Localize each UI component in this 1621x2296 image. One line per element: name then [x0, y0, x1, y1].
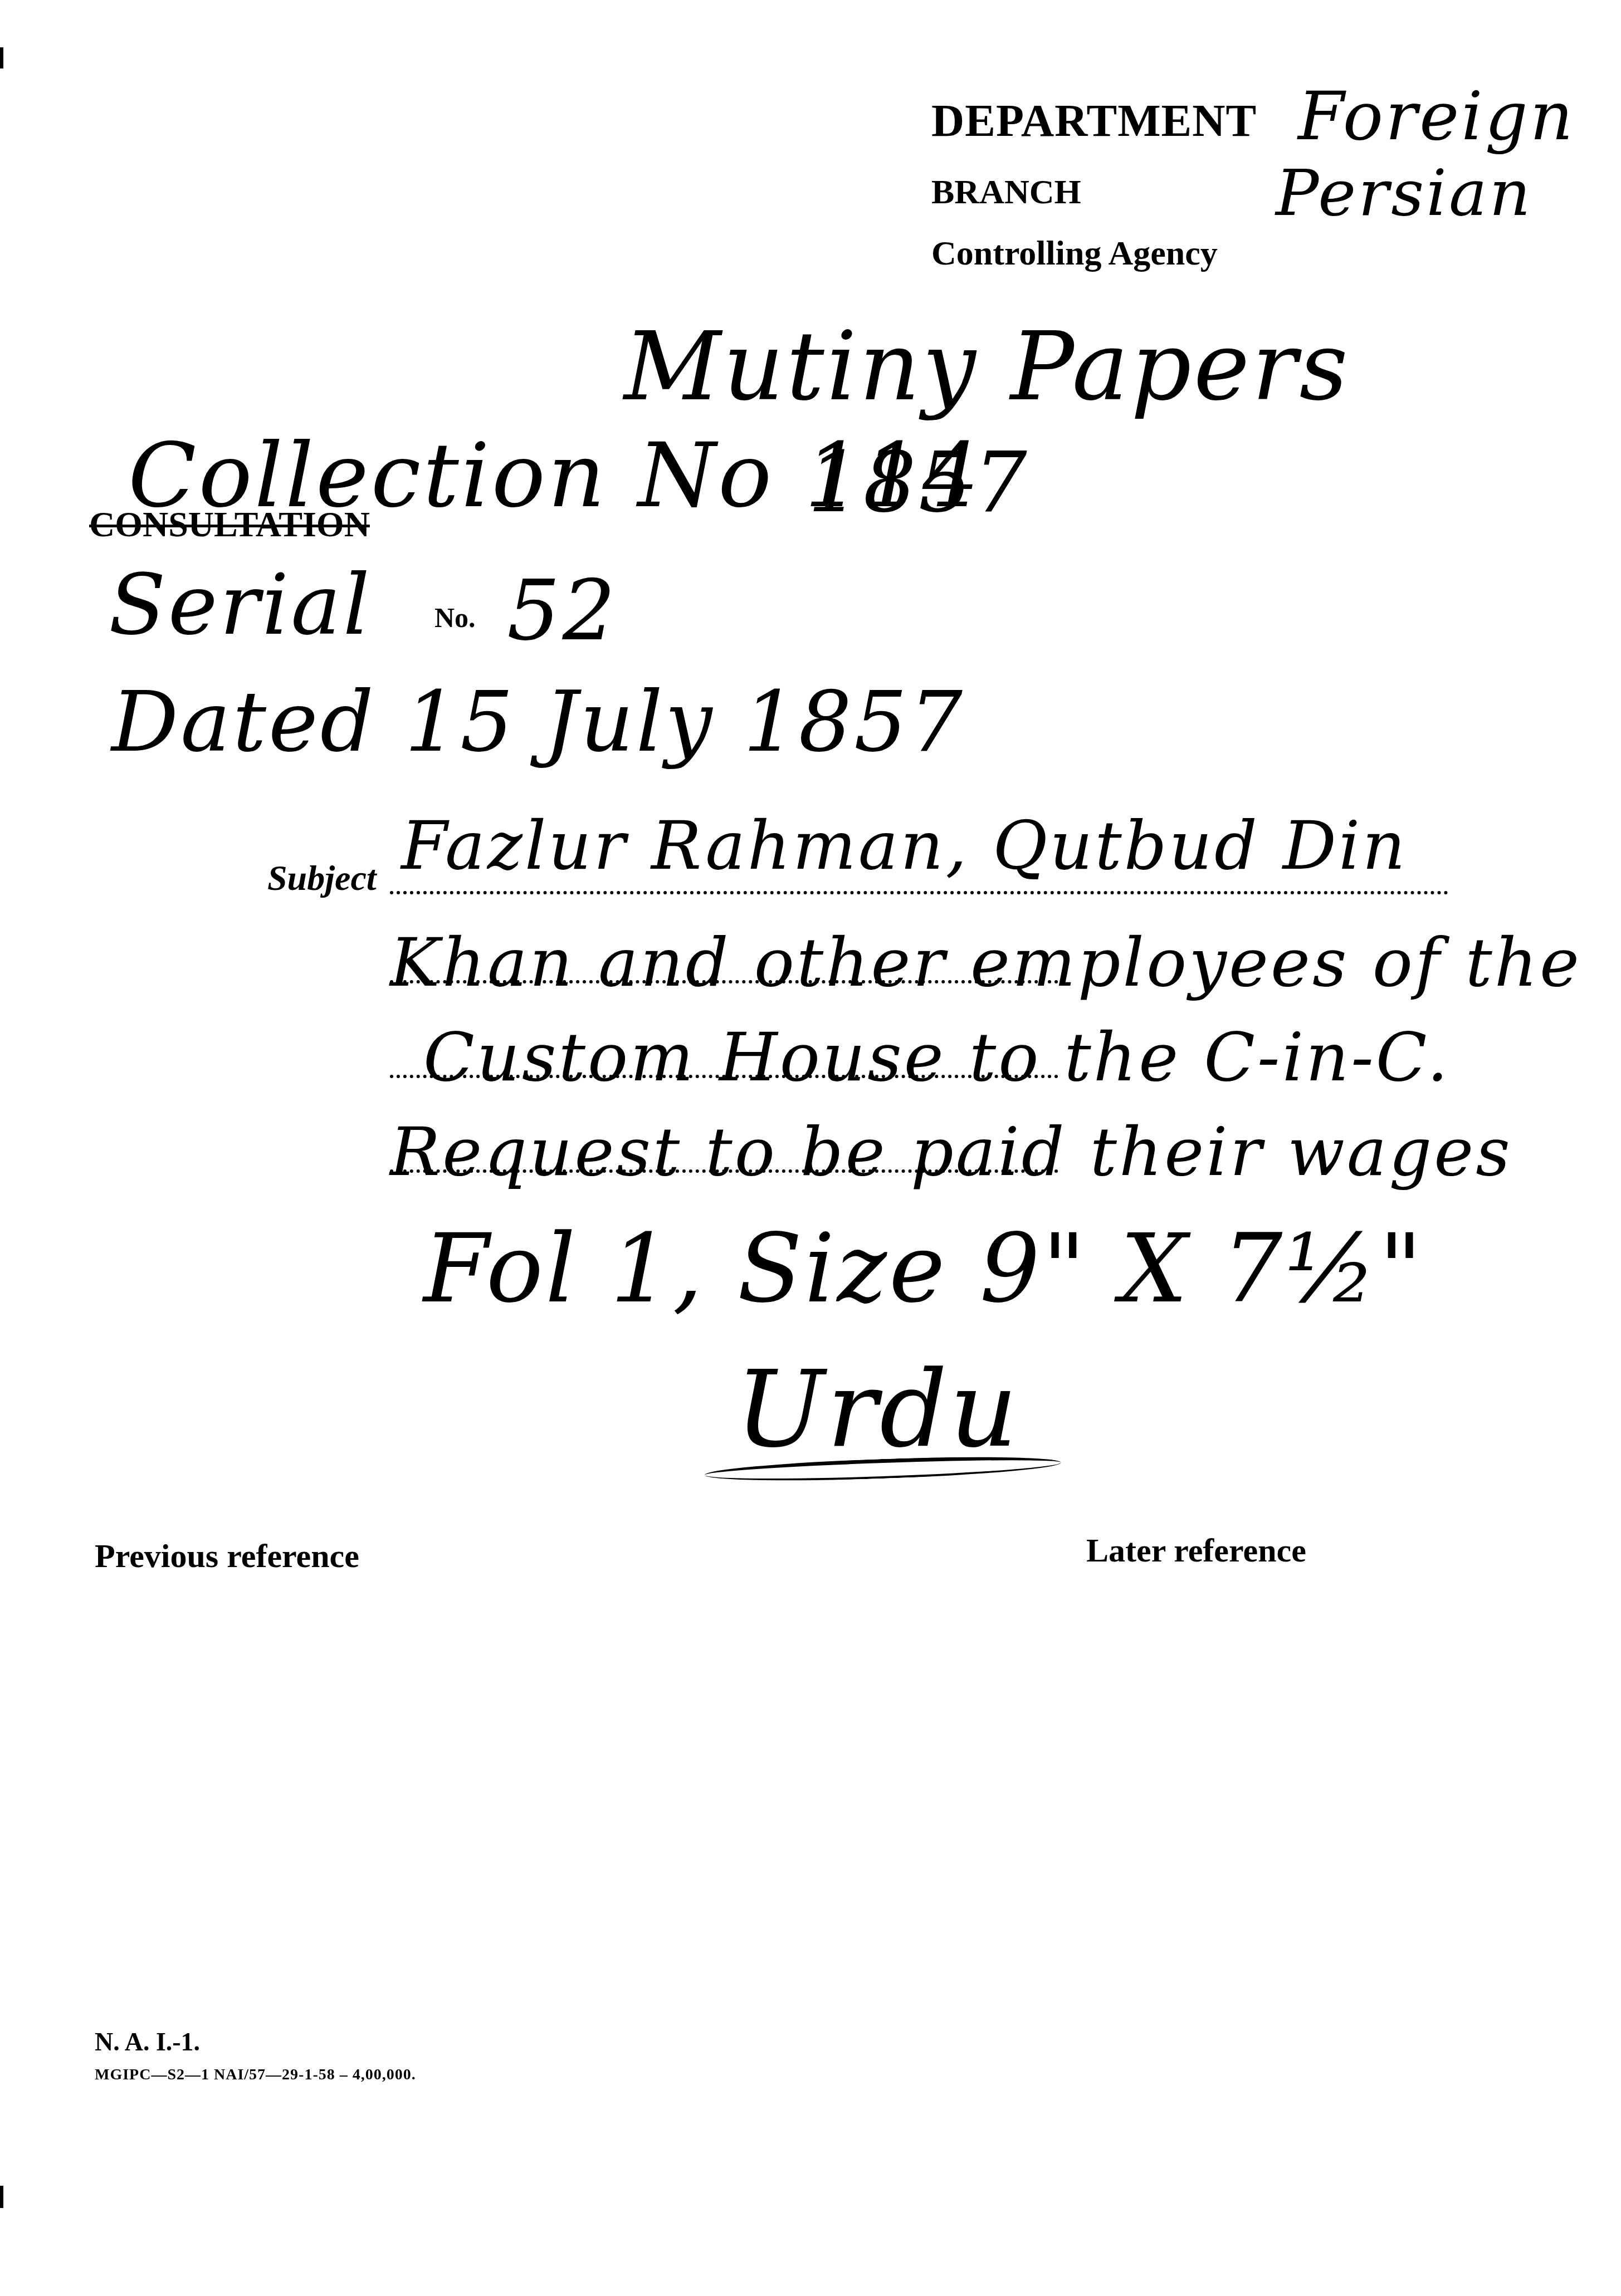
- subject-line: Khan and other employees of the: [390, 924, 1581, 1002]
- serial-label: Serial: [109, 557, 372, 654]
- branch-value: Persian: [1276, 156, 1533, 231]
- language: Urdu: [735, 1348, 1020, 1471]
- branch-label: BRANCH: [931, 173, 1081, 212]
- later-reference-label: Later reference: [1086, 1531, 1306, 1570]
- subject-rule: [390, 891, 1448, 894]
- scan-edge-mark: [0, 47, 3, 68]
- controlling-agency-label: Controlling Agency: [931, 234, 1218, 273]
- subject-line: Fazlur Rahman, Qutbud Din: [401, 807, 1408, 885]
- subject-line: Custom House to the C-in-C.: [423, 1019, 1451, 1096]
- department-value: Foreign: [1298, 78, 1575, 155]
- serial-value: 52: [507, 562, 618, 659]
- serial-no-label: No.: [434, 601, 476, 634]
- subject-label: Subject: [267, 858, 377, 899]
- previous-reference-label: Previous reference: [95, 1537, 359, 1575]
- form-number: N. A. I.-1.: [95, 2027, 200, 2057]
- scan-edge-mark: [0, 2186, 3, 2208]
- department-label: DEPARTMENT: [931, 95, 1257, 147]
- folio-size: Fol 1, Size 9" X 7½": [423, 1214, 1424, 1324]
- record-year: 1857: [808, 434, 1029, 531]
- printer-imprint: MGIPC—S2—1 NAI/57—29-1-58 – 4,00,000.: [95, 2066, 416, 2084]
- dated-field: Dated 15 July 1857: [111, 674, 965, 771]
- record-title: Mutiny Papers: [624, 312, 1350, 422]
- consultation-label: CONSULTATION: [89, 504, 370, 545]
- subject-line: Request to be paid their wages: [390, 1114, 1512, 1191]
